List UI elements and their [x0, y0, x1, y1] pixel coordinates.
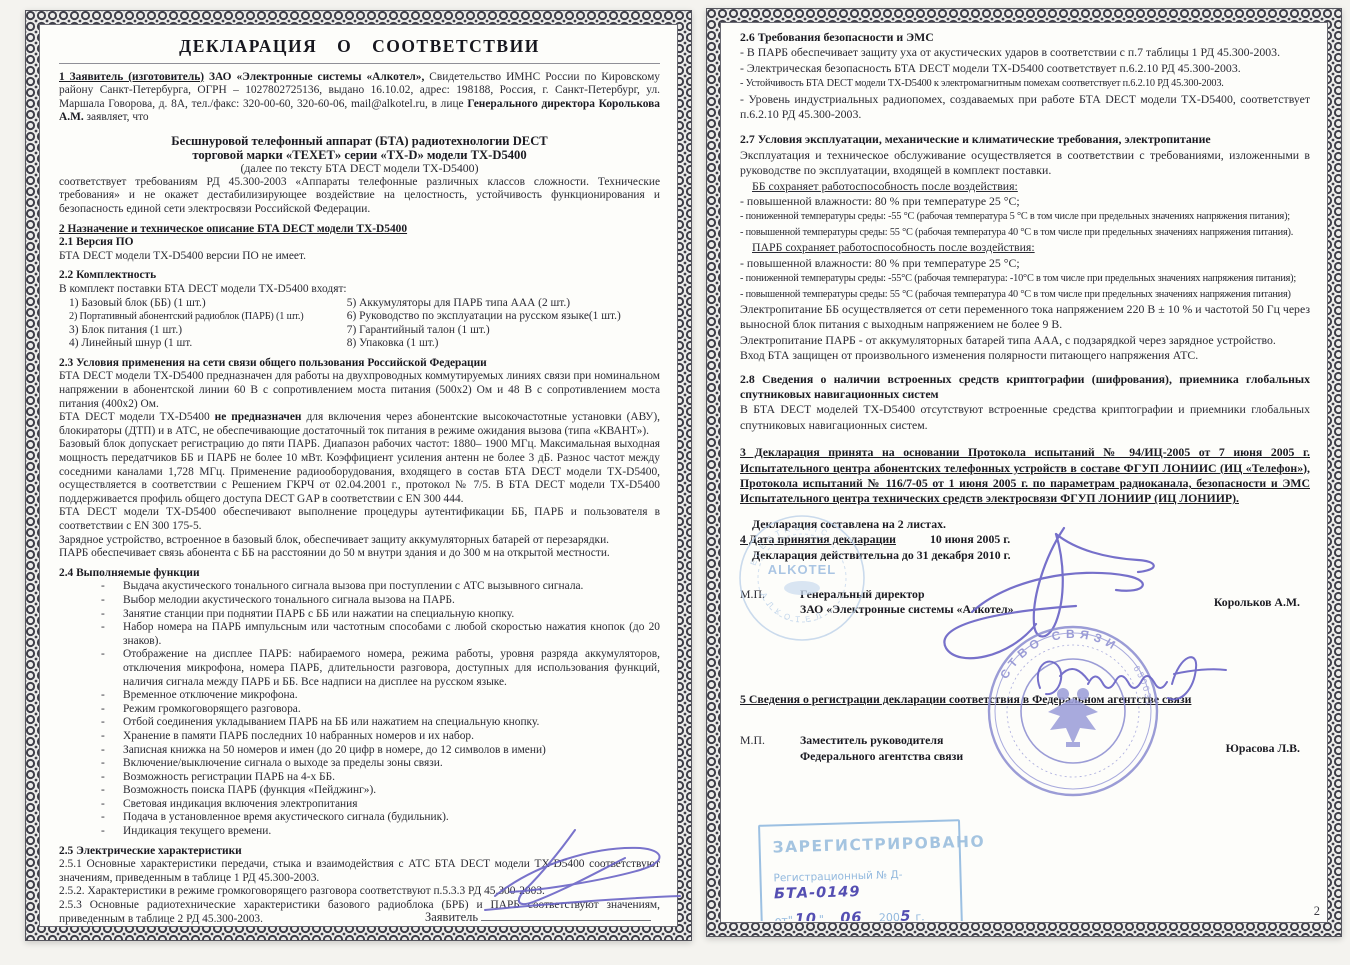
function-item: Отображение на дисплее ПАРБ: набираемого… — [59, 648, 660, 689]
section-2-1-paragraph: БТА DECT модели TX-D5400 версии ПО не им… — [59, 250, 660, 264]
mp-seal-label: М.П. — [740, 587, 800, 618]
section-2-7-intro: Эксплуатация и техническое обслуживание … — [740, 148, 1310, 179]
safety-item: - Устойчивость БТА DECT модели TX-D5400 … — [740, 76, 1310, 91]
registration-date-line: от"10" 06 2005 г. — [775, 909, 951, 921]
parb-conditions-label: ПАРБ сохраняет работоспособность после в… — [752, 240, 1310, 255]
safety-item: - В ПАРБ обеспечивает защиту уха от акус… — [740, 45, 1310, 60]
function-item: Возможность поиска ПАРБ (функция «Пейджи… — [59, 784, 660, 798]
package-contents-list: 1) Базовый блок (ББ) (1 шт.) 2) Портатив… — [69, 297, 660, 351]
package-contents-column-left: 1) Базовый блок (ББ) (1 шт.) 2) Портатив… — [69, 297, 347, 351]
year-preprinted: 200 — [879, 911, 900, 921]
package-contents-column-right: 5) Аккумуляторы для ПАРБ типа ААА (2 шт.… — [347, 297, 660, 351]
package-item: 7) Гарантийный талон (1 шт.) — [347, 324, 660, 338]
package-item: 3) Блок питания (1 шт.) — [69, 324, 347, 338]
valid-until: Декларация действительна до 31 декабря 2… — [752, 548, 1310, 563]
package-item: 4) Линейный шнур (1 шт. — [69, 337, 347, 351]
registration-number-handwritten: БТА-0149 — [774, 884, 861, 902]
registration-number-label: Регистрационный № Д- — [773, 869, 902, 885]
applicant-company: ЗАО «Электронные системы «Алкотел», — [204, 71, 424, 83]
declaration-page-2: 2.6 Требования безопасности и ЭМС - В ПА… — [706, 8, 1342, 937]
parb-condition-item: - пониженной температуры среды: -55°С (р… — [740, 271, 1310, 286]
deputy-signature-block: М.П. Заместитель руководителя Федерально… — [740, 733, 1310, 764]
parb-condition-item: - повышенной температуры среды: 55 °С (р… — [740, 287, 1310, 302]
package-item: 2) Портативный абонентский радиоблок (ПА… — [69, 310, 347, 324]
product-name-line1: Бесшнуровой телефонный аппарат (БТА) рад… — [59, 135, 660, 149]
year-handwritten: 5 — [900, 910, 912, 921]
p2-pre: БТА DECT модели TX-D5400 — [59, 411, 215, 423]
functions-list: Выдача акустического тонального сигнала … — [59, 580, 660, 838]
power-bb-paragraph: Электропитание ББ осуществляется от сети… — [740, 302, 1310, 333]
document-title: ДЕКЛАРАЦИЯ О СООТВЕТСТВИИ — [59, 32, 660, 64]
section-2-2-intro: В комплект поставки БТА DECT модели TX-D… — [59, 283, 660, 297]
function-item: Занятие станции при поднятии ПАРБ с ББ и… — [59, 608, 660, 622]
package-item: 1) Базовый блок (ББ) (1 шт.) — [69, 297, 347, 311]
page-2-content: 2.6 Требования безопасности и ЭМС - В ПА… — [722, 24, 1326, 921]
safety-item: - Уровень индустриальных радиопомех, соз… — [740, 92, 1310, 123]
registration-number-line: Регистрационный № Д-БТА-0149 — [773, 867, 950, 904]
section-2-3-paragraph-3: Базовый блок допускает регистрацию до пя… — [59, 438, 660, 506]
year-suffix: г. — [915, 910, 925, 921]
section-2-3-paragraph-2: БТА DECT модели TX-D5400 не предназначен… — [59, 411, 660, 438]
bb-condition-item: - пониженной температуры среды: -55 °С (… — [740, 209, 1310, 224]
director-role-line2: ЗАО «Электронные системы «Алкотел» — [800, 602, 1100, 617]
applicant-tail: заявляет, что — [84, 111, 149, 123]
section-2-2-heading: 2.2 Комплектность — [59, 269, 660, 283]
product-name-line3: (далее по тексту БТА DECT модели TX-D540… — [59, 162, 660, 176]
section-5-heading: 5 Сведения о регистрации декларации соот… — [740, 692, 1310, 707]
function-item: Выдача акустического тонального сигнала … — [59, 580, 660, 594]
signature-line — [481, 908, 651, 921]
function-item: Включение/выключение сигнала о выходе за… — [59, 757, 660, 771]
day-handwritten: 10 — [793, 912, 819, 921]
bb-conditions-label: ББ сохраняет работоспособность после воз… — [752, 179, 1310, 194]
section-2-7-heading: 2.7 Условия эксплуатации, механические и… — [740, 132, 1310, 147]
director-signature-block: М.П. Генеральный директор ЗАО «Электронн… — [740, 587, 1310, 618]
function-item: Возможность регистрации ПАРБ на 4-х ББ. — [59, 771, 660, 785]
function-item: Режим громкоговорящего разговора. — [59, 703, 660, 717]
section-4-label: 4 Дата принятия декларации — [740, 532, 896, 546]
page-number: 2 — [1314, 904, 1320, 919]
section-2-5-paragraph-1: 2.5.1 Основные характеристики передачи, … — [59, 858, 660, 885]
section-3-statement: 3 Декларация принята на основании Проток… — [740, 445, 1310, 507]
declaration-page-1: ДЕКЛАРАЦИЯ О СООТВЕТСТВИИ 1 Заявитель (и… — [25, 10, 692, 941]
section-2-5-heading: 2.5 Электрические характеристики — [59, 845, 660, 859]
function-item: Отбой соединения укладыванием ПАРБ на ББ… — [59, 716, 660, 730]
scanned-declaration-document: { "colors": { "signature_ink": "#6b65c6"… — [0, 0, 1350, 965]
page-1-content: ДЕКЛАРАЦИЯ О СООТВЕТСТВИИ 1 Заявитель (и… — [41, 26, 676, 925]
section-4-date-line: 4 Дата принятия декларации10 июня 2005 г… — [740, 532, 1310, 547]
function-item: Подача в установленное время акустическо… — [59, 811, 660, 825]
composed-on-sheets: Декларация составлена на 2 листах. — [752, 517, 1310, 532]
mp-seal-label: М.П. — [740, 733, 800, 764]
section-2-heading: 2 Назначение и техническое описание БТА … — [59, 223, 660, 237]
function-item: Набор номера на ПАРБ импульсным или част… — [59, 621, 660, 648]
section-2-5-paragraph-2: 2.5.2. Характеристики в режиме громкогов… — [59, 885, 660, 899]
ot-label: от — [775, 914, 788, 921]
bb-condition-item: - повышенной влажности: 80 % при темпера… — [740, 194, 1310, 209]
safety-item: - Электрическая безопасность БТА DECT мо… — [740, 61, 1310, 76]
quote: " — [819, 913, 824, 921]
applicant-label: 1 Заявитель (изготовитель) — [59, 71, 204, 83]
deputy-role-line1: Заместитель руководителя — [800, 733, 1100, 748]
applicant-signature-block: Заявитель — [425, 908, 651, 925]
power-parb-paragraph: Электропитание ПАРБ - от аккумуляторных … — [740, 333, 1310, 348]
function-item: Записная книжка на 50 номеров и имен (до… — [59, 744, 660, 758]
applicant-signature-label: Заявитель — [425, 910, 478, 924]
deputy-role: Заместитель руководителя Федерального аг… — [800, 733, 1100, 764]
function-item: Выбор мелодии акустического тонального с… — [59, 594, 660, 608]
director-name: Корольков А.М. — [1214, 595, 1310, 610]
package-item: 8) Упаковка (1 шт.) — [347, 337, 660, 351]
function-item: Световая индикация включения электропита… — [59, 798, 660, 812]
section-2-3-heading: 2.3 Условия применения на сети связи общ… — [59, 357, 660, 371]
section-2-4-heading: 2.4 Выполняемые функции — [59, 567, 660, 581]
section-2-1-heading: 2.1 Версия ПО — [59, 236, 660, 250]
applicant-paragraph: 1 Заявитель (изготовитель) ЗАО «Электрон… — [59, 71, 660, 125]
function-item: Временное отключение микрофона. — [59, 689, 660, 703]
package-item: 5) Аккумуляторы для ПАРБ типа ААА (2 шт.… — [347, 297, 660, 311]
section-2-3-paragraph-4: БТА DECT модели TX-D5400 обеспечивают вы… — [59, 506, 660, 533]
product-name-line2: торговой марки «TEXET» серии «TX-D» моде… — [59, 149, 660, 163]
p2-bold: не предназначен — [215, 411, 302, 423]
acceptance-date: 10 июня 2005 г. — [930, 532, 1010, 546]
registered-stamp: ЗАРЕГИСТРИРОВАНО Регистрационный № Д-БТА… — [758, 819, 964, 921]
function-item: Хранение в памяти ПАРБ последних 10 набр… — [59, 730, 660, 744]
bb-condition-item: - повышенной температуры среды: 55 °С (р… — [740, 225, 1310, 240]
section-2-8-heading: 2.8 Сведения о наличии встроенных средст… — [740, 372, 1310, 403]
input-protection-paragraph: Вход БТА защищен от произвольного измене… — [740, 348, 1310, 363]
section-2-3-paragraph-1: БТА DECT модели TX-D5400 предназначен дл… — [59, 370, 660, 411]
conformity-statement: соответствует требованиям РД 45.300-2003… — [59, 176, 660, 217]
director-role-line1: Генеральный директор — [800, 587, 1100, 602]
section-2-3-paragraph-5: Зарядное устройство, встроенное в базовы… — [59, 534, 660, 548]
section-2-8-paragraph: В БТА DECT моделей TX-D5400 отсутствуют … — [740, 402, 1310, 433]
package-item: 6) Руководство по эксплуатации на русско… — [347, 310, 660, 324]
section-2-6-heading: 2.6 Требования безопасности и ЭМС — [740, 30, 1310, 45]
section-2-3-paragraph-6: ПАРБ обеспечивает связь абонента с ББ на… — [59, 547, 660, 561]
parb-condition-item: - повышенной влажности: 80 % при темпера… — [740, 256, 1310, 271]
registered-stamp-title: ЗАРЕГИСТРИРОВАНО — [772, 836, 948, 856]
month-handwritten: 06 — [827, 911, 875, 921]
deputy-name: Юрасова Л.В. — [1226, 741, 1310, 756]
deputy-role-line2: Федерального агентства связи — [800, 749, 1100, 764]
function-item: Индикация текущего времени. — [59, 825, 660, 839]
director-role: Генеральный директор ЗАО «Электронные си… — [800, 587, 1100, 618]
